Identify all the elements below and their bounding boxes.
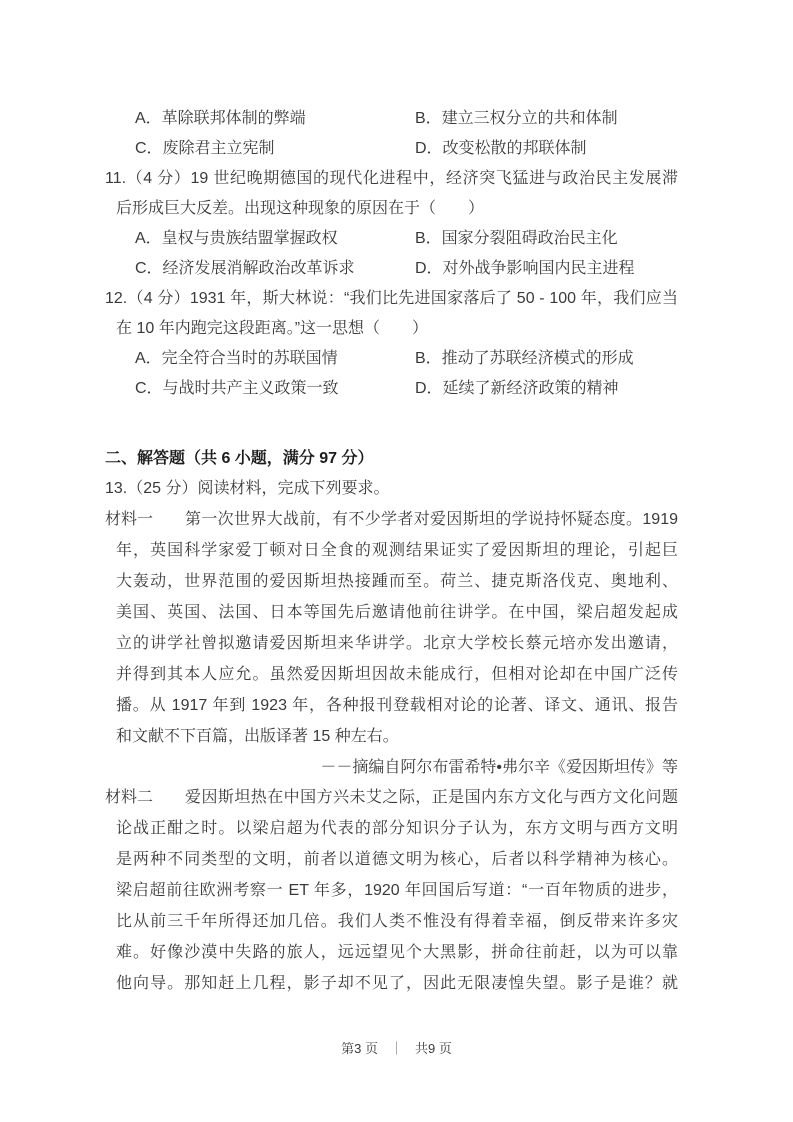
q12-option-c: C．与战时共产主义政策一致 (135, 378, 339, 399)
footer-page-total: 共9 页 (415, 1041, 452, 1056)
material1-line-7: 播。从 1917 年到 1923 年，各种报刊登载相对论的论著、译文、通讯、报告 (116, 695, 678, 716)
q11-option-d: D．对外战争影响国内民主进程 (415, 258, 635, 279)
material2-line-5: 比从前三千年所得还加几倍。我们人类不惟没有得着幸福，倒反带来许多灾 (116, 911, 678, 932)
material2-label: 材料二 (105, 787, 153, 808)
material1-line-4: 美国、英国、法国、日本等国先后邀请他前往讲学。在中国，梁启超发起成 (116, 602, 678, 623)
material1-line-8: 和文献不下百篇，出版译著 15 种左右。 (116, 726, 399, 747)
q13-intro: 13.（25 分）阅读材料，完成下列要求。 (105, 478, 390, 499)
q11-option-a: A．皇权与贵族结盟掌握政权 (135, 228, 338, 249)
material1-line-1: 第一次世界大战前，有不少学者对爱因斯坦的学说持怀疑态度。1919 (185, 509, 678, 530)
q10-option-c: C．废除君主立宪制 (135, 138, 275, 159)
material1-line-2: 年，英国科学家爱丁顿对日全食的观测结果证实了爱因斯坦的理论，引起巨 (116, 540, 678, 561)
q10-option-b: B．建立三权分立的共和体制 (415, 108, 618, 129)
footer-page-current: 第3 页 (341, 1041, 378, 1056)
material1-source-attribution: －－摘编自阿尔布雷希特•弗尔辛《爱因斯坦传》等 (116, 757, 678, 778)
q12-option-d: D．延续了新经济政策的精神 (415, 378, 619, 399)
q12-option-a: A．完全符合当时的苏联国情 (135, 348, 338, 369)
q11-line-2: 后形成巨大反差。出现这种现象的原因在于（ ） (116, 198, 484, 219)
material2-line-2: 论战正酣之时。以梁启超为代表的部分知识分子认为，东方文明与西方文明 (116, 818, 678, 839)
section-2-header: 二、解答题（共 6 小题，满分 97 分） (105, 448, 373, 469)
q11-option-c: C．经济发展消解政治改革诉求 (135, 258, 355, 279)
material2-line-6: 难。好像沙漠中失路的旅人，远远望见个大黑影，拼命往前赶，以为可以靠 (116, 942, 678, 963)
q12-line-2: 在 10 年内跑完这段距离。”这一思想（ ） (116, 318, 428, 339)
page-footer: 第3 页｜共9 页 (0, 1038, 793, 1059)
material2-line-7: 他向导。那知赶上几程，影子却不见了，因此无限凄惶失望。影子是谁？就 (116, 973, 678, 994)
exam-paper-page: A．革除联邦体制的弊端 B．建立三权分立的共和体制 C．废除君主立宪制 D．改变… (0, 0, 793, 1122)
q11-line-1: 11.（4 分）19 世纪晚期德国的现代化进程中，经济突飞猛进与政治民主发展滞 (105, 168, 678, 189)
footer-separator: ｜ (390, 1041, 403, 1056)
q12-line-1: 12.（4 分）1931 年，斯大林说：“我们比先进国家落后了 50 - 100… (105, 288, 678, 309)
material2-line-4: 梁启超前往欧洲考察一 ET 年多，1920 年回国后写道：“一百年物质的进步， (116, 880, 678, 901)
material1-label: 材料一 (105, 509, 153, 530)
material1-line-3: 大轰动，世界范围的爱因斯坦热接踵而至。荷兰、捷克斯洛伐克、奥地利、 (116, 571, 678, 592)
q12-option-b: B．推动了苏联经济模式的形成 (415, 348, 634, 369)
material2-line-3: 是两种不同类型的文明，前者以道德文明为核心，后者以科学精神为核心。 (116, 849, 678, 870)
q11-option-b: B．国家分裂阻碍政治民主化 (415, 228, 618, 249)
q10-option-d: D．改变松散的邦联体制 (415, 138, 587, 159)
material1-line-6: 并得到其本人应允。虽然爱因斯坦因故未能成行，但相对论却在中国广泛传 (116, 664, 678, 685)
material2-line-1: 爱因斯坦热在中国方兴未艾之际，正是国内东方文化与西方文化问题 (185, 787, 678, 808)
q10-option-a: A．革除联邦体制的弊端 (135, 108, 306, 129)
material1-line-5: 立的讲学社曾拟邀请爱因斯坦来华讲学。北京大学校长蔡元培亦发出邀请， (116, 633, 678, 654)
